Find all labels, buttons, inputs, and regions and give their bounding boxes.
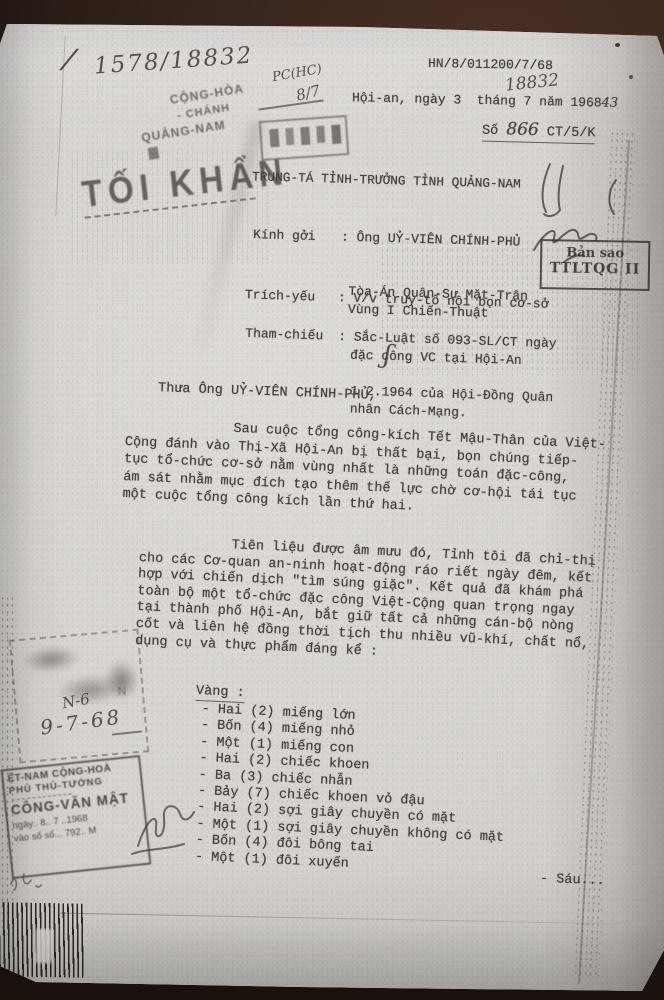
toner-dot — [615, 43, 620, 47]
stamp-smudge — [20, 644, 82, 675]
handwritten-flourish-scribble — [130, 790, 210, 870]
glyph-smudge — [285, 128, 294, 146]
confidential-mail-stamp: ỆT-NAM CỘNG-HOÀ PHỦ THỦ-TƯỚNG CÔNG-VĂN M… — [1, 755, 152, 879]
continuation-catchword: - Sáu... — [540, 871, 605, 890]
illegible-stamp-glyphs — [269, 124, 346, 148]
handwritten-tiny-scribble — [6, 868, 46, 896]
tham-chieu-label: Tham-chiếu — [245, 325, 339, 346]
place-date-text: Hội-an, ngày 3 tháng 7 năm 1968 — [352, 90, 602, 110]
handwritten-slash-mark: ∕ — [60, 41, 77, 77]
faint-horizontal-crease — [60, 913, 620, 925]
doc-no-prefix: Số — [482, 124, 507, 140]
glyph-smudge — [331, 124, 341, 144]
archive-stamp-line2: TTLTQG II — [542, 260, 648, 278]
kinh-goi-label: Kính gởi — [253, 226, 341, 246]
tham-chieu-continuation: 1.2.1964 của Hội-Đồng Quânnhân Cách-Mạng… — [350, 382, 556, 425]
tham-chieu-value: : Sắc-Luật số 093-SL/CT ngày — [338, 328, 557, 353]
glyph-smudge — [269, 129, 279, 148]
glyph-smudge — [300, 127, 310, 146]
paper-sheet: HN/8/011200/7/68 18832 Hội-an, ngày 3 th… — [0, 0, 664, 1000]
stamp-small-mark — [148, 147, 160, 160]
partial-round-stamp: CỘNG-HÒA - CHÁNH QUẢNG-NAM — [122, 80, 260, 163]
faint-stamp-letter: N — [117, 684, 127, 699]
handwritten-file-number: 1578/18832 — [93, 42, 254, 79]
gold-label-text: Vàng : — [196, 684, 245, 703]
archive-copy-stamp: Bản sao TTLTQG II — [540, 239, 651, 291]
hatch-gap — [36, 929, 53, 963]
handwritten-date-suffix: 43 — [601, 95, 618, 110]
reference-code: HN/8/011200/7/68 — [428, 55, 553, 74]
letterhead-sender: TRUNG-TÁ TỈNH-TRƯỞNG TỈNH QUẢNG-NAM — [252, 168, 521, 192]
toner-dot — [629, 75, 633, 79]
handwritten-underline-stroke — [258, 99, 324, 110]
document-number-line: Số 866 CT/5/K — [482, 121, 596, 145]
paragraph-2: Tiên liệu được âm mưu đó, Tỉnh tôi đã ch… — [135, 534, 596, 671]
gold-items-list: - Hai (2) miếng lớn- Bốn (4) miếng nhỏ- … — [195, 702, 510, 880]
glyph-smudge — [316, 126, 325, 144]
photo-of-document: { "photo": { "scene": "typewritten 1968 … — [0, 0, 664, 1000]
gold-section-label: Vàng : — [196, 683, 245, 702]
handwritten-doc-number: 866 — [506, 119, 539, 140]
doc-no-suffix: CT/5/K — [539, 125, 596, 141]
place-date-line: Hội-an, ngày 3 tháng 7 năm 196843 — [352, 89, 618, 112]
recipient-line-1: : Ông UỶ-VIÊN CHÍNH-PHỦ — [341, 229, 521, 252]
